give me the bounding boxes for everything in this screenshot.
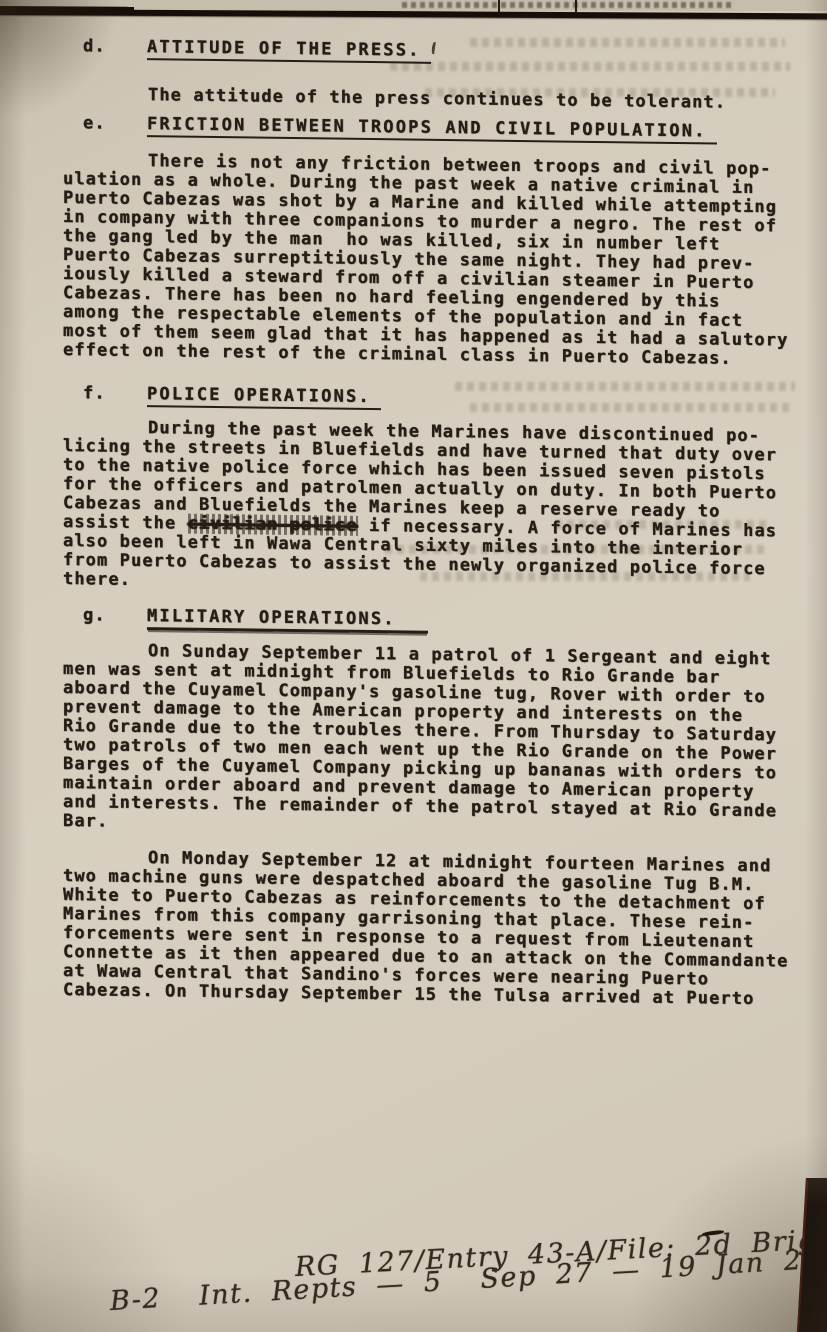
section-letter: e. bbox=[63, 113, 147, 135]
adjacent-page-text-ghost bbox=[402, 2, 732, 8]
section-heading-row: e.FRICTION BETWEEN TROOPS AND CIVIL POPU… bbox=[63, 113, 815, 144]
text-line: The attitude of the press continues to b… bbox=[63, 85, 815, 114]
scan-edge-tick bbox=[575, 0, 577, 13]
paragraph: During the past week the Marines have di… bbox=[63, 418, 815, 599]
section-f: f.POLICE OPERATIONS.During the past week… bbox=[63, 383, 815, 599]
scanned-document-page: d.ATTITUDE OF THE PRESS.The attitude of … bbox=[0, 0, 827, 1332]
section-letter: g. bbox=[63, 605, 147, 627]
section-heading: MILITARY OPERATIONS. bbox=[147, 606, 428, 634]
section-heading: ATTITUDE OF THE PRESS. bbox=[147, 37, 431, 64]
scan-edge-tick bbox=[498, 0, 500, 12]
section-heading-row: g.MILITARY OPERATIONS. bbox=[63, 605, 815, 636]
section-heading: POLICE OPERATIONS. bbox=[147, 384, 381, 410]
section-letter: f. bbox=[63, 383, 147, 405]
paragraph: There is not any friction between troops… bbox=[63, 151, 815, 370]
section-heading: FRICTION BETWEEN TROOPS AND CIVIL POPULA… bbox=[147, 114, 717, 144]
section-g: g.MILITARY OPERATIONS.On Sunday Septembe… bbox=[63, 605, 815, 1010]
section-d: d.ATTITUDE OF THE PRESS.The attitude of … bbox=[63, 36, 815, 114]
paragraph: On Monday September 12 at midnight fourt… bbox=[63, 848, 815, 1010]
paragraph: The attitude of the press continues to b… bbox=[63, 85, 815, 114]
paragraph: On Sunday September 11 a patrol of 1 Ser… bbox=[63, 641, 815, 841]
section-letter: d. bbox=[63, 36, 147, 58]
section-e: e.FRICTION BETWEEN TROOPS AND CIVIL POPU… bbox=[63, 113, 815, 370]
typed-text: d.ATTITUDE OF THE PRESS.The attitude of … bbox=[63, 36, 815, 1010]
section-heading-row: f.POLICE OPERATIONS. bbox=[63, 383, 815, 414]
